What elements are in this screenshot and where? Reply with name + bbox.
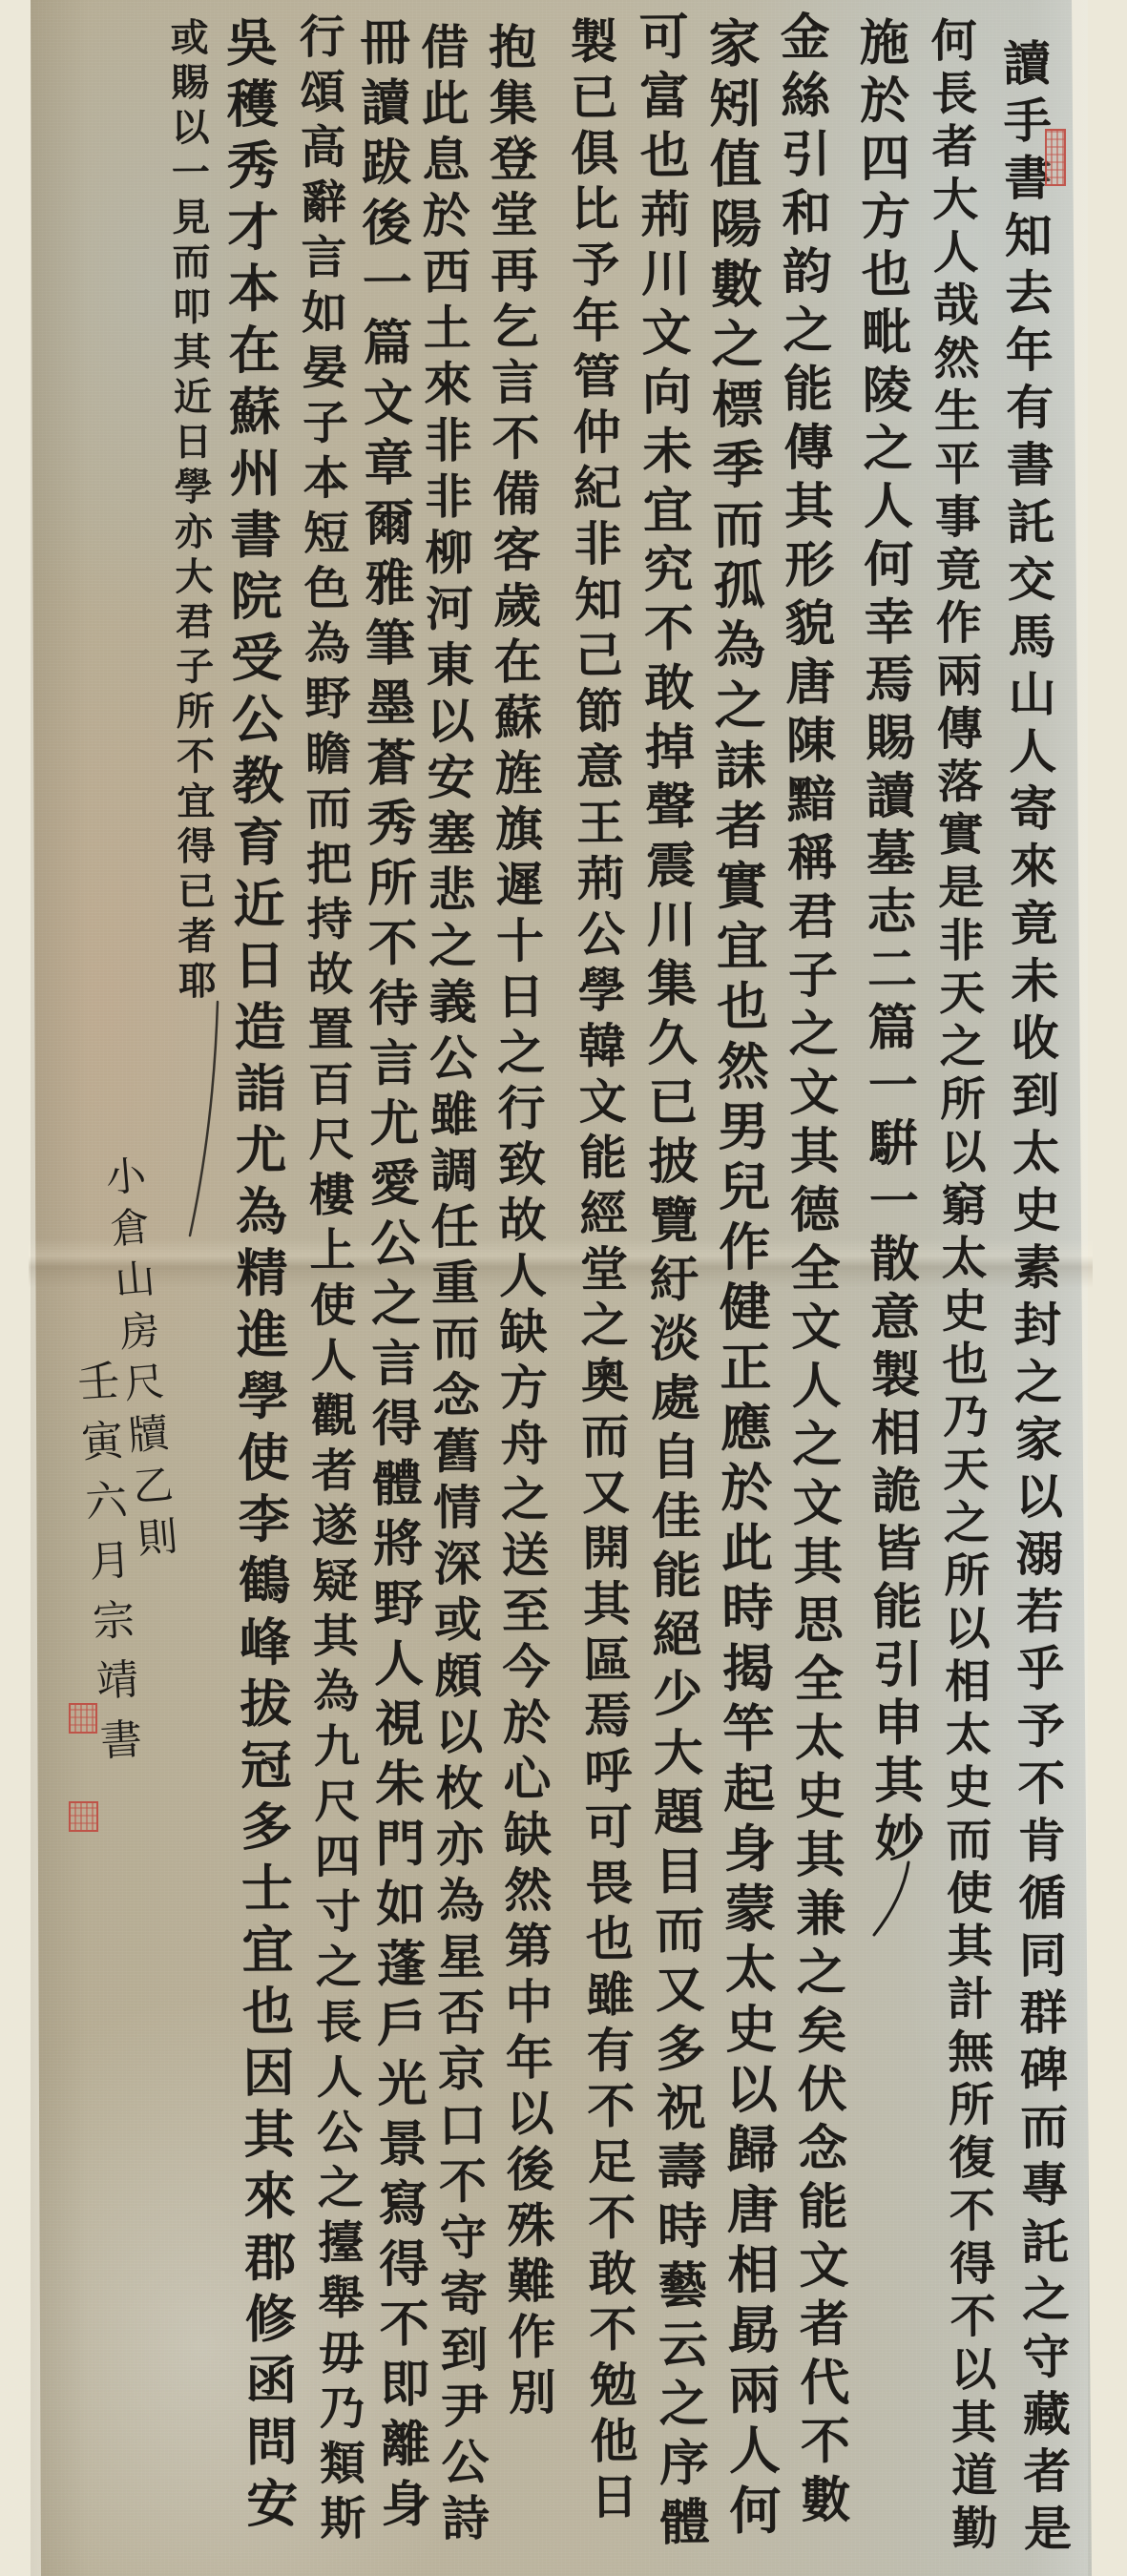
text-column-3: 施於四方也毗陵之人何幸焉賜讀墓志二篇一騈一散意製相詭皆能引申其妙 — [854, 16, 919, 1870]
seal-icon-top-right — [1045, 129, 1066, 186]
seal-icon-signature-lower — [69, 1801, 98, 1832]
text-column-13: 或賜以一見而叩其近日學亦大君子所不宜得已者耶 — [167, 17, 214, 1006]
seal-icon-signature-upper — [69, 1703, 97, 1734]
